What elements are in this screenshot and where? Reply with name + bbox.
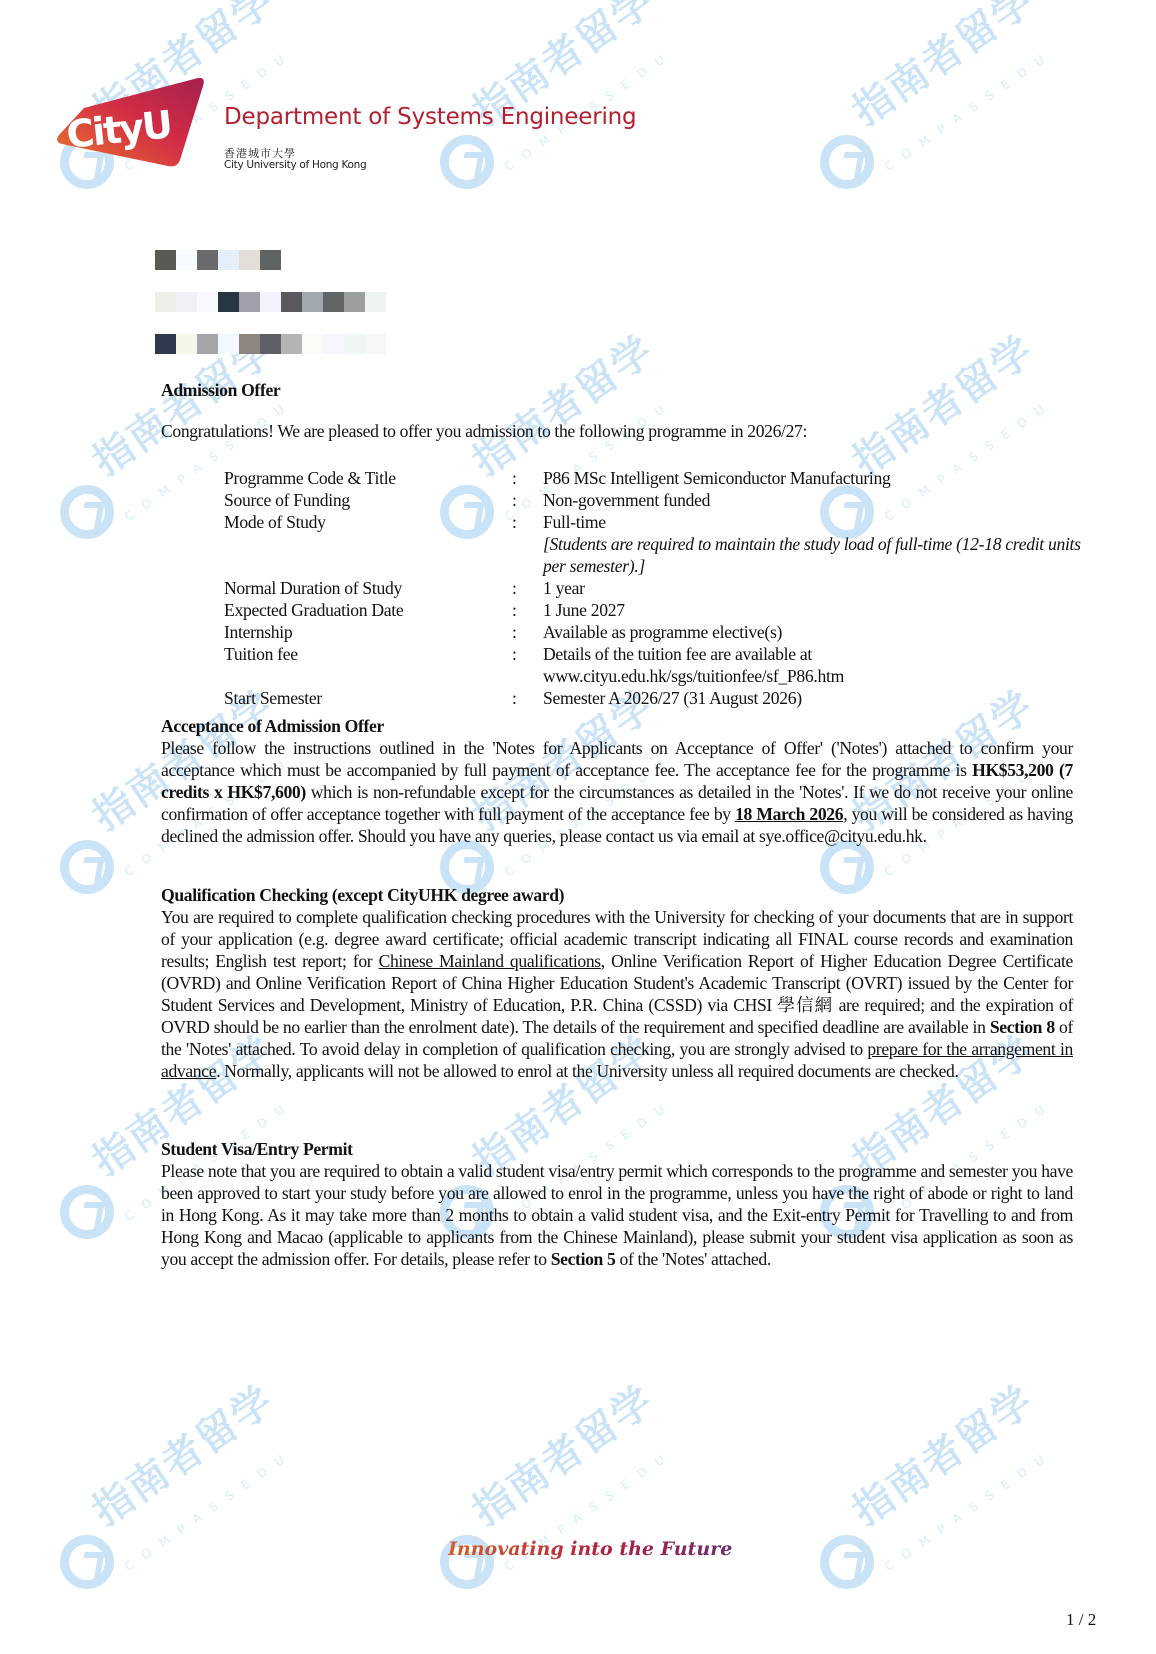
detail-value: 1 year bbox=[543, 577, 1083, 599]
university-name-english: City University of Hong Kong bbox=[224, 159, 366, 171]
mode-value: Full-time bbox=[543, 511, 1083, 533]
watermark: 指南者留学COMPASSEDU bbox=[60, 1440, 320, 1610]
page-number: 1 / 2 bbox=[1066, 1610, 1096, 1630]
detail-row-funding: Source of Funding : Non-government funde… bbox=[224, 489, 1083, 511]
department-title: Department of Systems Engineering bbox=[224, 104, 636, 130]
redaction-block bbox=[239, 250, 260, 270]
programme-details: Programme Code & Title : P86 MSc Intelli… bbox=[224, 467, 1083, 709]
redaction-block bbox=[323, 292, 344, 312]
watermark-logo-icon bbox=[60, 1535, 114, 1589]
detail-label: Programme Code & Title bbox=[224, 467, 512, 489]
detail-separator: : bbox=[512, 687, 543, 709]
detail-label: Internship bbox=[224, 621, 512, 643]
redaction-block bbox=[260, 334, 281, 354]
watermark: 指南者留学COMPASSEDU bbox=[820, 40, 1080, 210]
redaction-block bbox=[176, 334, 197, 354]
watermark: 指南者留学COMPASSEDU bbox=[440, 1440, 700, 1610]
mainland-qualifications-link[interactable]: Chinese Mainland qualifications bbox=[379, 951, 601, 971]
redacted-address-line bbox=[155, 292, 386, 312]
detail-separator: : bbox=[512, 467, 543, 489]
detail-value: Non-government funded bbox=[543, 489, 1083, 511]
watermark-text: 指南者留学 bbox=[839, 1370, 1044, 1537]
redaction-block bbox=[281, 334, 302, 354]
watermark-subtext: COMPASSEDU bbox=[882, 1446, 1057, 1574]
section-ref: Section 8 bbox=[990, 1017, 1055, 1037]
redacted-address-line bbox=[155, 334, 386, 354]
detail-row-mode: Mode of Study : Full-time [Students are … bbox=[224, 511, 1083, 577]
detail-row-duration: Normal Duration of Study : 1 year bbox=[224, 577, 1083, 599]
redacted-recipient-name bbox=[155, 250, 281, 270]
cityu-logo: CityU bbox=[56, 78, 208, 170]
watermark-text: 指南者留学 bbox=[839, 0, 1044, 137]
detail-label: Normal Duration of Study bbox=[224, 577, 512, 599]
detail-separator: : bbox=[512, 511, 543, 577]
detail-separator: : bbox=[512, 577, 543, 599]
detail-value: Details of the tuition fee are available… bbox=[543, 643, 1083, 687]
watermark-logo-icon bbox=[820, 135, 874, 189]
redaction-block bbox=[302, 334, 323, 354]
redaction-block bbox=[197, 250, 218, 270]
watermark-subtext: COMPASSEDU bbox=[122, 1446, 297, 1574]
section-ref: Section 5 bbox=[551, 1249, 616, 1269]
detail-separator: : bbox=[512, 621, 543, 643]
visa-paragraph: Please note that you are required to obt… bbox=[161, 1160, 1073, 1270]
redaction-block bbox=[218, 334, 239, 354]
watermark-logo-icon bbox=[60, 485, 114, 539]
text-run: . Normally, applicants will not be allow… bbox=[216, 1061, 958, 1081]
detail-row-tuition: Tuition fee : Details of the tuition fee… bbox=[224, 643, 1083, 687]
redaction-block bbox=[281, 292, 302, 312]
watermark-logo-icon bbox=[60, 840, 114, 894]
watermark-logo-icon bbox=[440, 135, 494, 189]
watermark-text: 指南者留学 bbox=[459, 320, 664, 487]
qualification-heading: Qualification Checking (except CityUHK d… bbox=[161, 884, 1073, 906]
redaction-block bbox=[239, 334, 260, 354]
detail-row-start: Start Semester : Semester A 2026/27 (31 … bbox=[224, 687, 1083, 709]
detail-row-programme: Programme Code & Title : P86 MSc Intelli… bbox=[224, 467, 1083, 489]
visa-heading: Student Visa/Entry Permit bbox=[161, 1138, 1073, 1160]
redaction-block bbox=[302, 292, 323, 312]
detail-value: P86 MSc Intelligent Semiconductor Manufa… bbox=[543, 467, 1083, 489]
detail-label: Tuition fee bbox=[224, 643, 512, 687]
redaction-block bbox=[176, 250, 197, 270]
footer-tagline: Innovating into the Future bbox=[448, 1538, 732, 1560]
redaction-block bbox=[344, 334, 365, 354]
detail-label: Start Semester bbox=[224, 687, 512, 709]
acceptance-heading: Acceptance of Admission Offer bbox=[161, 715, 1073, 737]
detail-label: Expected Graduation Date bbox=[224, 599, 512, 621]
watermark-logo-icon bbox=[820, 1535, 874, 1589]
detail-separator: : bbox=[512, 599, 543, 621]
redaction-block bbox=[218, 292, 239, 312]
redaction-block bbox=[197, 334, 218, 354]
redaction-block bbox=[344, 292, 365, 312]
redaction-block bbox=[218, 250, 239, 270]
redaction-block bbox=[260, 250, 281, 270]
redaction-block bbox=[197, 292, 218, 312]
detail-value: Semester A 2026/27 (31 August 2026) bbox=[543, 687, 1083, 709]
redaction-block bbox=[323, 334, 344, 354]
watermark-text: 指南者留学 bbox=[79, 1370, 284, 1537]
redaction-block bbox=[155, 292, 176, 312]
redaction-block bbox=[260, 292, 281, 312]
acceptance-deadline: 18 March 2026 bbox=[735, 804, 843, 824]
study-load-note: [Students are required to maintain the s… bbox=[543, 533, 1083, 577]
watermark: 指南者留学COMPASSEDU bbox=[820, 1440, 1080, 1610]
detail-value: Full-time [Students are required to main… bbox=[543, 511, 1083, 577]
text-run: of the 'Notes' attached. bbox=[615, 1249, 770, 1269]
admission-offer-heading: Admission Offer bbox=[161, 379, 1073, 401]
watermark-logo-icon bbox=[60, 1185, 114, 1239]
watermark-subtext: COMPASSEDU bbox=[882, 46, 1057, 174]
detail-label: Source of Funding bbox=[224, 489, 512, 511]
redaction-block bbox=[155, 250, 176, 270]
watermark-text: 指南者留学 bbox=[839, 320, 1044, 487]
tuition-text: Details of the tuition fee are available… bbox=[543, 643, 1083, 665]
detail-value: Available as programme elective(s) bbox=[543, 621, 1083, 643]
offer-intro: Congratulations! We are pleased to offer… bbox=[161, 420, 1073, 442]
detail-value: 1 June 2027 bbox=[543, 599, 1083, 621]
redaction-block bbox=[365, 292, 386, 312]
redaction-block bbox=[155, 334, 176, 354]
acceptance-paragraph: Please follow the instructions outlined … bbox=[161, 737, 1073, 847]
redaction-block bbox=[239, 292, 260, 312]
detail-row-internship: Internship : Available as programme elec… bbox=[224, 621, 1083, 643]
text-run: Please follow the instructions outlined … bbox=[161, 738, 1073, 780]
qualification-paragraph: You are required to complete qualificati… bbox=[161, 906, 1073, 1082]
detail-label: Mode of Study bbox=[224, 511, 512, 577]
redaction-block bbox=[365, 334, 386, 354]
watermark-text: 指南者留学 bbox=[459, 1370, 664, 1537]
detail-row-graduation: Expected Graduation Date : 1 June 2027 bbox=[224, 599, 1083, 621]
detail-separator: : bbox=[512, 489, 543, 511]
tuition-url[interactable]: www.cityu.edu.hk/sgs/tuitionfee/sf_P86.h… bbox=[543, 665, 1083, 687]
redaction-block bbox=[176, 292, 197, 312]
detail-separator: : bbox=[512, 643, 543, 687]
